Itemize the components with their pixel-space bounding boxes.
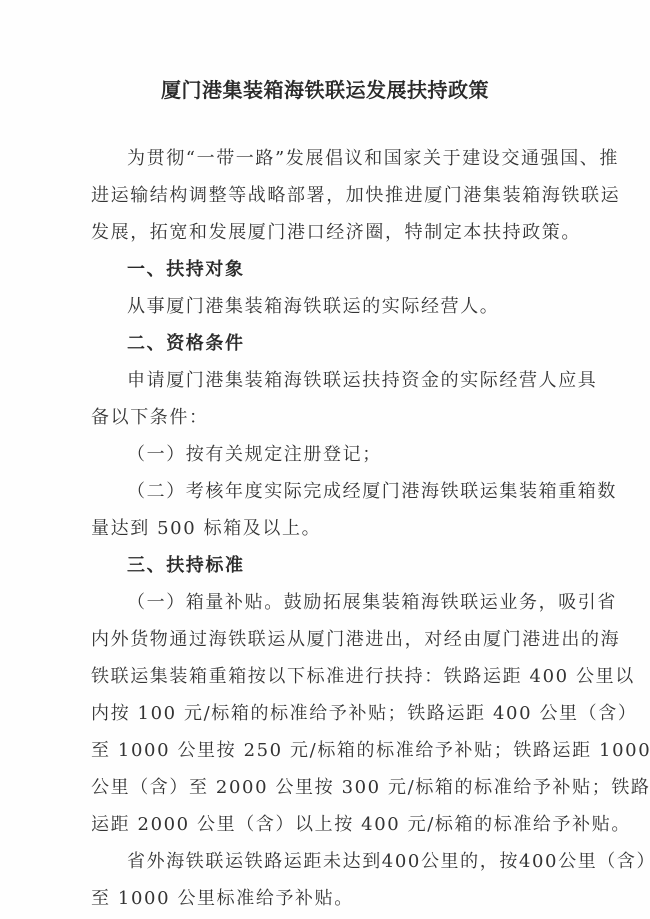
intro-line-3: 发展，拓宽和发展厦门港口经济圈，特制定本扶持政策。 xyxy=(91,214,563,251)
standards-line-2: 内外货物通过海铁联运从厦门港进出，对经由厦门港进出的海 xyxy=(91,621,563,658)
out-of-province-line-2: 至 1000 公里标准给予补贴。 xyxy=(91,880,563,917)
qualification-item-2-line-2: 量达到 500 标箱及以上。 xyxy=(91,510,563,547)
document-body: 为贯彻“一带一路”发展倡议和国家关于建设交通强国、推 进运输结构调整等战略部署，… xyxy=(91,140,563,917)
out-of-province-line-1: 省外海铁联运铁路运距未达到400公里的，按400公里（含） xyxy=(91,843,563,880)
document-page: 厦门港集装箱海铁联运发展扶持政策 为贯彻“一带一路”发展倡议和国家关于建设交通强… xyxy=(0,0,650,919)
qualifications-line-2: 备以下条件： xyxy=(91,399,563,436)
standards-line-3: 铁联运集装箱重箱按以下标准进行扶持：铁路运距 400 公里以 xyxy=(91,658,563,695)
qualification-item-2-line-1: （二）考核年度实际完成经厦门港海铁联运集装箱重箱数 xyxy=(91,473,563,510)
standards-line-7: 运距 2000 公里（含）以上按 400 元/标箱的标准给予补贴。 xyxy=(91,806,563,843)
section-heading-support-target: 一、扶持对象 xyxy=(91,251,563,288)
section-heading-support-standards: 三、扶持标准 xyxy=(91,547,563,584)
standards-line-4: 内按 100 元/标箱的标准给予补贴；铁路运距 400 公里（含） xyxy=(91,695,563,732)
standards-line-1: （一）箱量补贴。鼓励拓展集装箱海铁联运业务，吸引省 xyxy=(91,584,563,621)
intro-line-2: 进运输结构调整等战略部署，加快推进厦门港集装箱海铁联运 xyxy=(91,177,563,214)
intro-line-1: 为贯彻“一带一路”发展倡议和国家关于建设交通强国、推 xyxy=(91,140,563,177)
qualification-item-1: （一）按有关规定注册登记； xyxy=(91,436,563,473)
qualifications-line-1: 申请厦门港集装箱海铁联运扶持资金的实际经营人应具 xyxy=(91,362,563,399)
section-heading-qualifications: 二、资格条件 xyxy=(91,325,563,362)
standards-line-6: 公里（含）至 2000 公里按 300 元/标箱的标准给予补贴；铁路 xyxy=(91,769,563,806)
document-title: 厦门港集装箱海铁联运发展扶持政策 xyxy=(0,74,650,103)
standards-line-5: 至 1000 公里按 250 元/标箱的标准给予补贴；铁路运距 1000 xyxy=(91,732,563,769)
support-target-text: 从事厦门港集装箱海铁联运的实际经营人。 xyxy=(91,288,563,325)
